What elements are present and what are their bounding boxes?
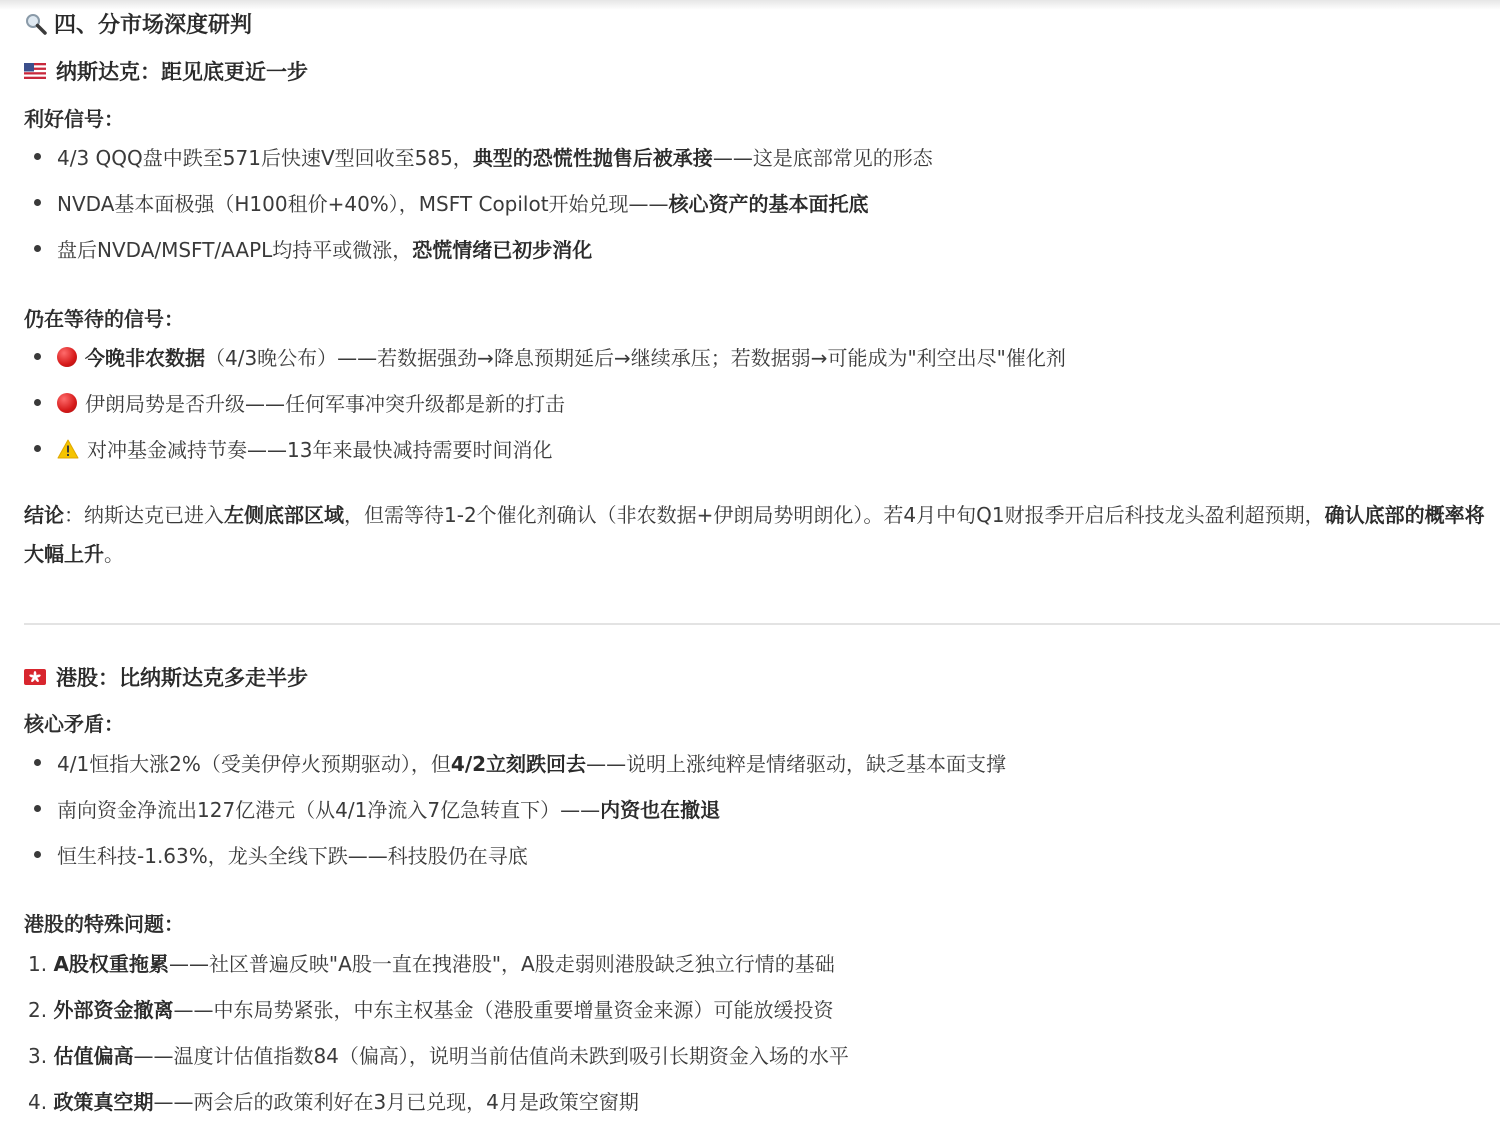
numbered-item: 4. 政策真空期——两会后的政策利好在3月已兑现，4月是政策空窗期: [28, 1086, 639, 1115]
waiting-signals-label: 仍在等待的信号：: [24, 303, 184, 332]
list-item: 南向资金净流出127亿港元（从4/1净流入7亿急转直下）——内资也在撤退: [34, 794, 720, 823]
numbered-item: 2. 外部资金撤离——中东局势紧张，中东主权基金（港股重要增量资金来源）可能放缓…: [28, 994, 833, 1023]
numbered-item: 1. A股权重拖累——社区普遍反映"A股一直在拽港股"，A股走弱则港股缺乏独立行…: [28, 948, 835, 977]
bullet-icon: [34, 759, 41, 766]
hk-title: 港股：比纳斯达克多走半步: [56, 662, 308, 692]
nasdaq-title: 纳斯达克：距见底更近一步: [56, 56, 308, 86]
hk-flag-icon: [24, 669, 46, 685]
bullet-icon: [34, 399, 41, 406]
red-circle-icon: [57, 393, 77, 413]
bullet-icon: [34, 353, 41, 360]
bullet-icon: [34, 199, 41, 206]
section-divider: [24, 623, 1500, 625]
hk-special-issues-label: 港股的特殊问题：: [24, 908, 184, 937]
list-item: 今晚非农数据（4/3晚公布）——若数据强劲→降息预期延后→继续承压；若数据弱→可…: [34, 342, 1066, 371]
magnifier-icon: [24, 12, 48, 36]
list-item: NVDA基本面极强（H100租价+40%），MSFT Copilot开始兑现——…: [34, 188, 869, 217]
bullet-icon: [34, 245, 41, 252]
section-title: 四、分市场深度研判: [54, 8, 252, 39]
bullet-icon: [34, 851, 41, 858]
bullet-icon: [34, 153, 41, 160]
us-flag-icon: [24, 63, 46, 79]
numbered-item: 3. 估值偏高——温度计估值指数84（偏高），说明当前估值尚未跌到吸引长期资金入…: [28, 1040, 849, 1069]
bullet-icon: [34, 805, 41, 812]
list-item: 4/1恒指大涨2%（受美伊停火预期驱动），但4/2立刻跌回去——说明上涨纯粹是情…: [34, 748, 1006, 777]
list-item: 恒生科技-1.63%，龙头全线下跌——科技股仍在寻底: [34, 840, 528, 869]
warning-icon: [57, 439, 79, 459]
list-item: 对冲基金减持节奏——13年来最快减持需要时间消化: [34, 434, 552, 463]
nasdaq-conclusion: 结论：纳斯达克已进入左侧底部区域，但需等待1-2个催化剂确认（非农数据+伊朗局势…: [24, 496, 1500, 574]
nasdaq-heading: 纳斯达克：距见底更近一步: [24, 56, 308, 86]
core-contradiction-label: 核心矛盾：: [24, 708, 124, 737]
red-circle-icon: [57, 347, 77, 367]
section-heading: 四、分市场深度研判: [24, 8, 252, 39]
list-item: 盘后NVDA/MSFT/AAPL均持平或微涨，恐慌情绪已初步消化: [34, 234, 592, 263]
positive-signals-label: 利好信号：: [24, 103, 124, 132]
list-item: 伊朗局势是否升级——任何军事冲突升级都是新的打击: [34, 388, 565, 417]
hk-heading: 港股：比纳斯达克多走半步: [24, 662, 308, 692]
list-item: 4/3 QQQ盘中跌至571后快速V型回收至585，典型的恐慌性抛售后被承接——…: [34, 142, 933, 171]
bullet-icon: [34, 445, 41, 452]
